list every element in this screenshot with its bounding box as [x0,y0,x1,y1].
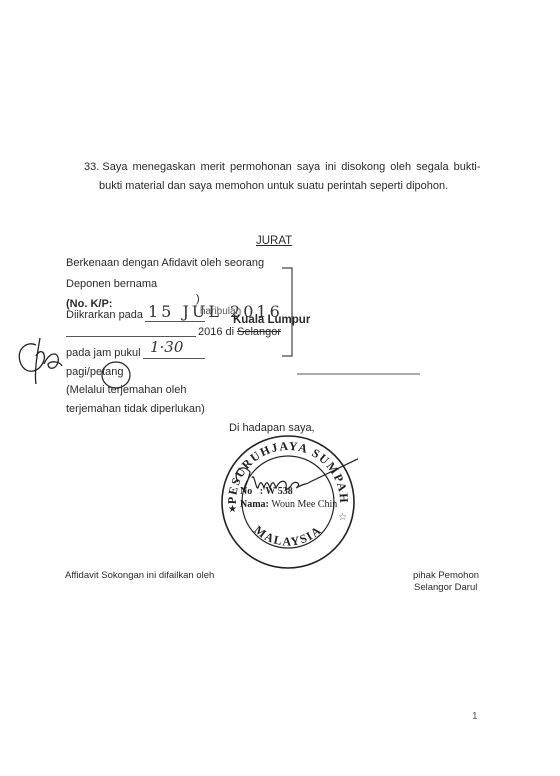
star-icon: ★ [228,504,237,515]
footer-right-line-2: Selangor Darul [414,582,477,593]
svg-text:MALAYSIA: MALAYSIA [251,523,324,549]
star-outline-icon: ☆ [338,512,347,523]
stamp-no-value: : W 538 [260,486,293,497]
stamp-name-value: Woun Mee Chin [271,499,337,510]
footer-right-line-1: pihak Pemohon [413,570,479,581]
stamp-no: No : W 538 [240,486,293,497]
stamp-name-label: Nama: [240,499,269,510]
stamp-name: Nama: Woun Mee Chin [240,499,337,510]
footer-filed-by: Affidavit Sokongan ini difailkan oleh [65,570,214,581]
page-number: 1 [472,711,478,722]
stamp-no-label: No [240,486,252,497]
commissioner-stamp: PESURUHJAYA SUMPAH MALAYSIA ★ ☆ No : W 5… [218,432,358,572]
handwriting-overlay [0,0,560,776]
